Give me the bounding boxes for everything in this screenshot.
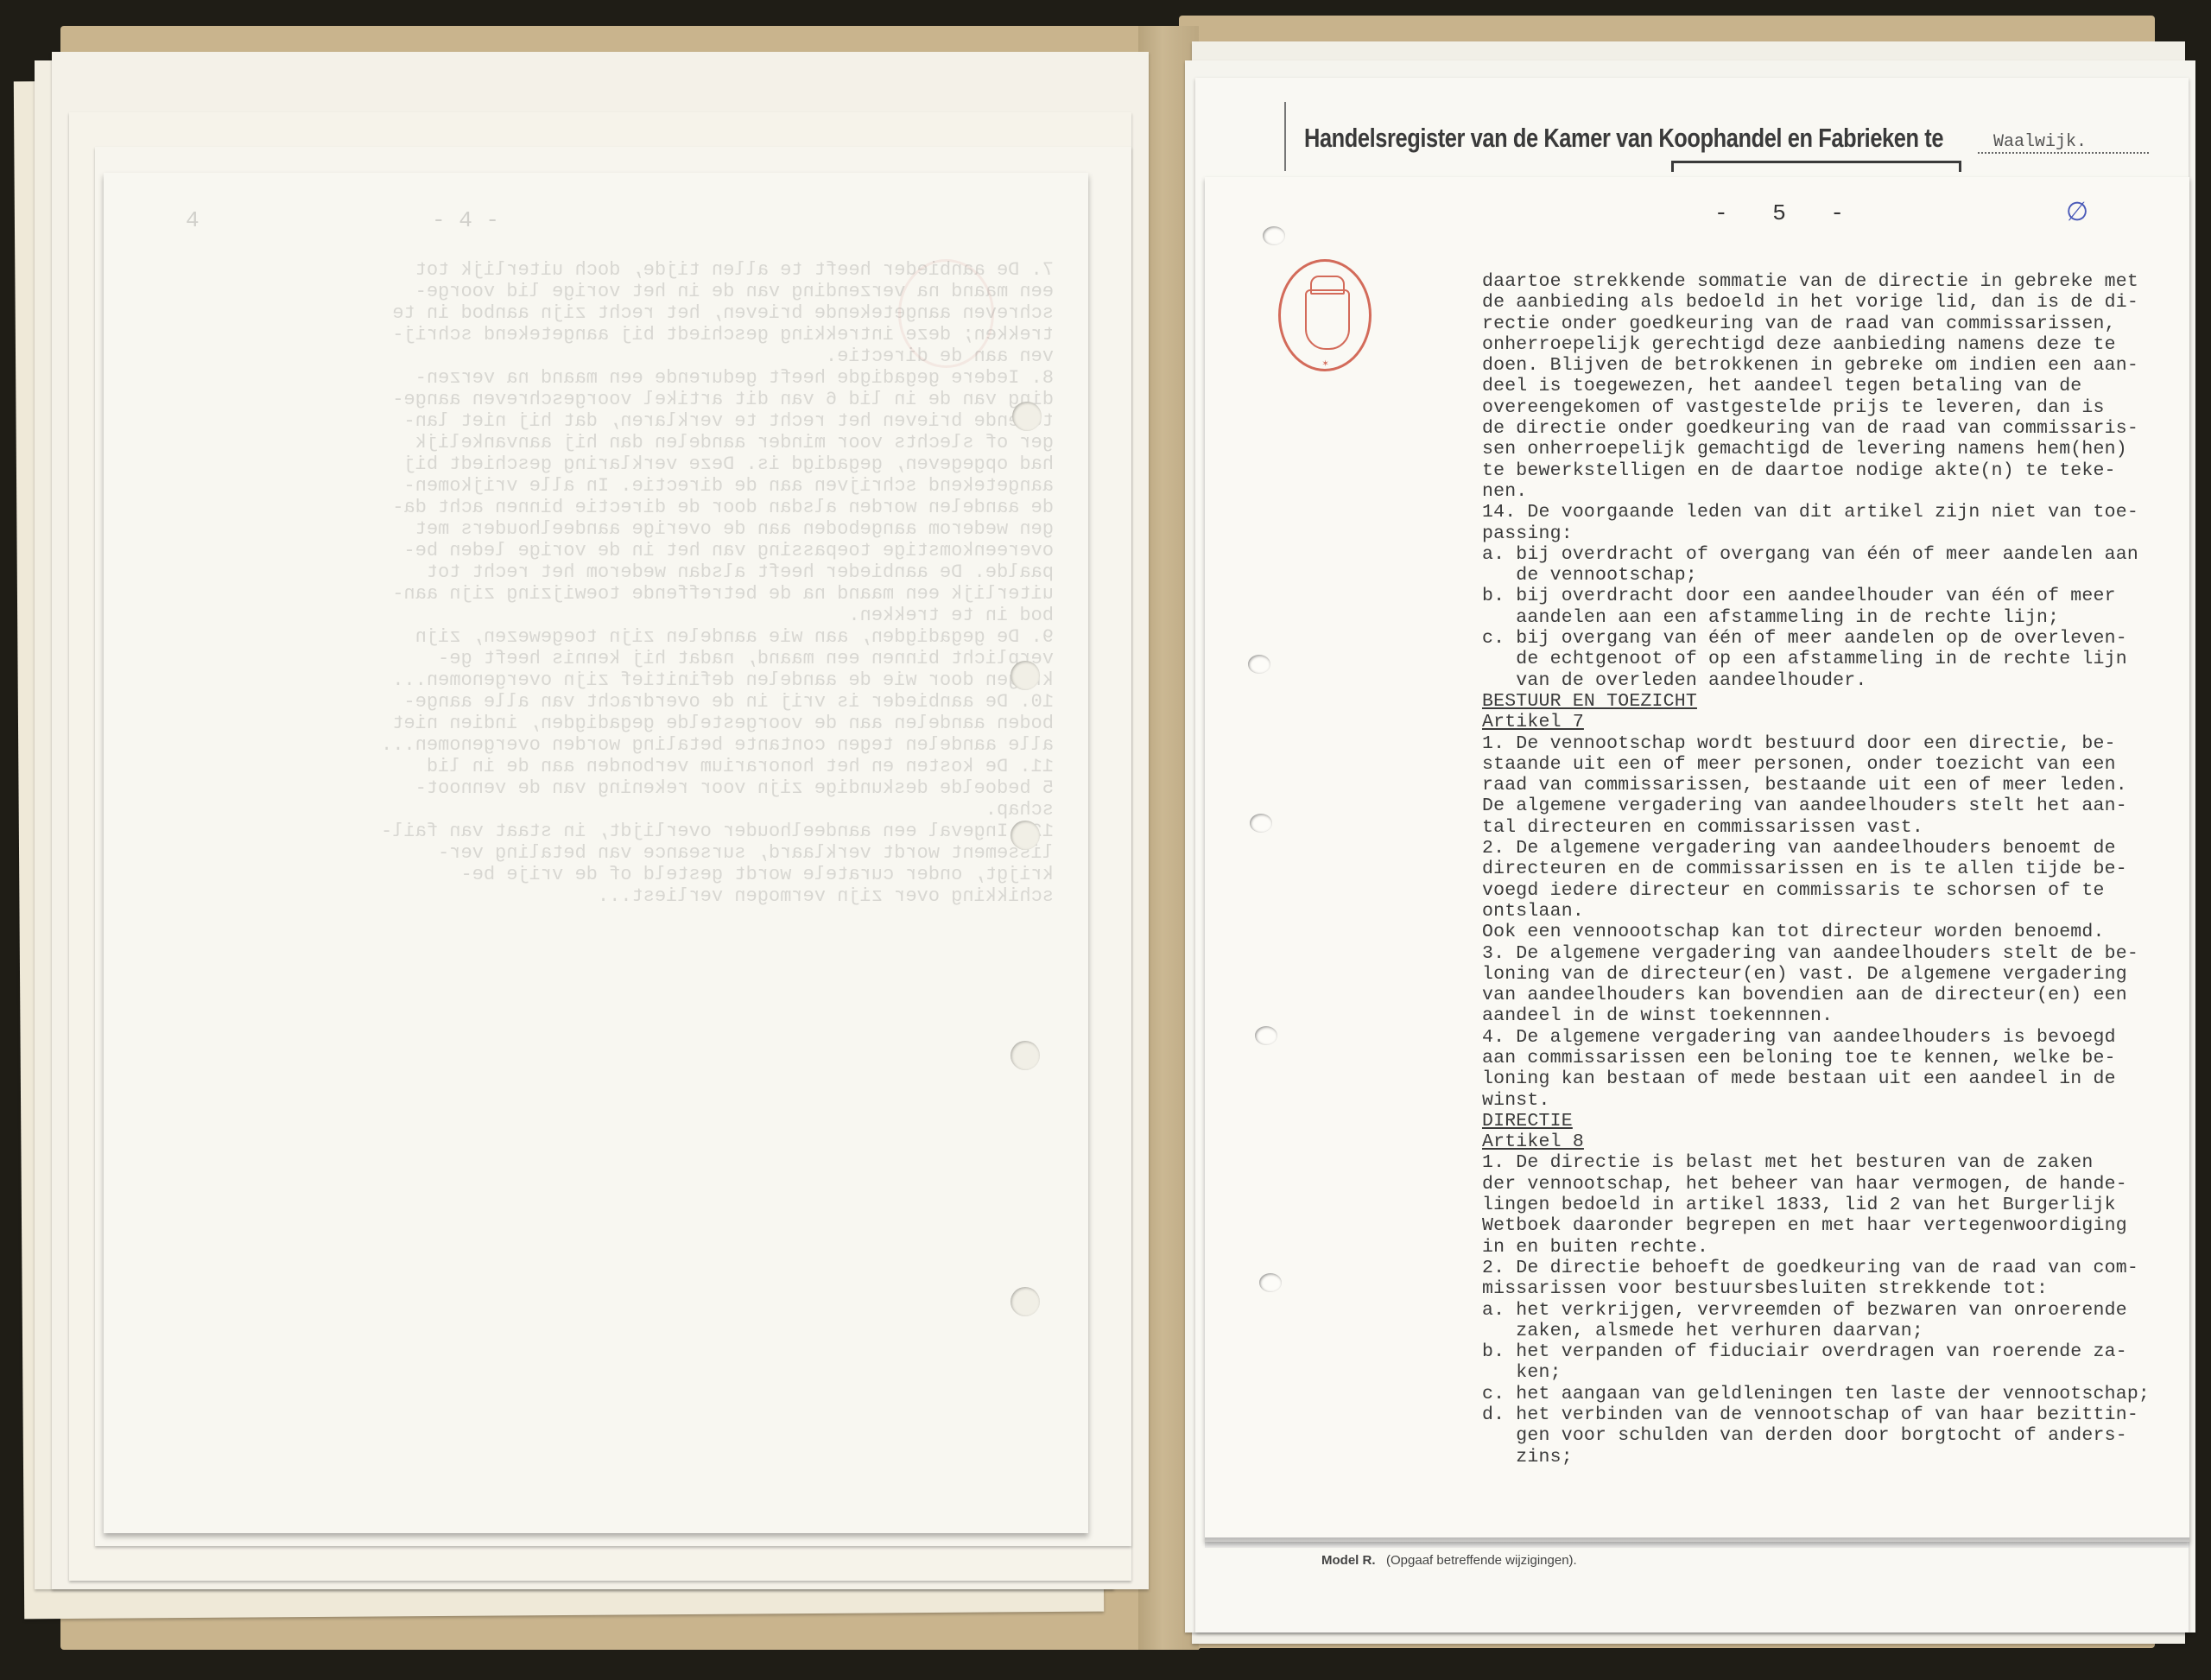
text-line: 3. De algemene vergadering van aandeelho… [1482, 943, 2199, 964]
text-line: van aandeelhouders kan bovendien aan de … [1482, 985, 2199, 1005]
notary-seal-icon: ✶ [1278, 259, 1372, 371]
text-line: staande uit een of meer personen, onder … [1482, 754, 2199, 775]
text-line: d. het verbinden van de vennootschap of … [1482, 1404, 2199, 1425]
text-line: a. bij overdracht of overgang van één of… [1482, 544, 2199, 565]
text-line: daartoe strekkende sommatie van de direc… [1482, 271, 2199, 292]
text-line: gen voor schulden van derden door borgto… [1482, 1425, 2199, 1446]
text-line: rectie onder goedkeuring van de raad van… [1482, 314, 2199, 334]
text-line: c. bij overgang van één of meer aandelen… [1482, 628, 2199, 649]
text-line: Wetboek daaronder begrepen en met haar v… [1482, 1215, 2199, 1236]
punch-hole [1248, 655, 1270, 674]
text-line: de vennootschap; [1482, 565, 2199, 586]
text-line: te bewerkstelligen en de daartoe nodige … [1482, 460, 2199, 481]
page-edge-shadow [1205, 1537, 2189, 1548]
text-line: directeuren en de commissarissen en is t… [1482, 859, 2199, 879]
text-line: 14. De voorgaande leden van dit artikel … [1482, 502, 2199, 523]
text-line: 4. De algemene vergadering van aandeelho… [1482, 1027, 2199, 1048]
punch-hole [1010, 1041, 1040, 1070]
seal-shield-icon [1305, 289, 1350, 350]
text-line: der vennootschap, het beheer van haar ve… [1482, 1174, 2199, 1195]
left-mark: 4 [186, 207, 200, 233]
form-header-title: Handelsregister van de Kamer van Koophan… [1304, 123, 1943, 154]
text-line: passing: [1482, 523, 2199, 544]
text-line: b. het verpanden of fiduciair overdragen… [1482, 1341, 2199, 1362]
show-through-text: 7. De aanbieder heeft te allen tijde, do… [155, 259, 1054, 907]
text-line: onherroepelijk gerechtigd deze aanbiedin… [1482, 334, 2199, 355]
text-line: lingen bedoeld in artikel 1833, lid 2 va… [1482, 1195, 2199, 1215]
text-line: missarissen voor bestuursbesluiten strek… [1482, 1278, 2199, 1299]
text-line: raad van commissarissen, bestaande uit e… [1482, 775, 2199, 796]
form-margin-line [1284, 102, 1286, 171]
text-line: van de overleden aandeelhouder. [1482, 670, 2199, 691]
form-model-label: Model R. [1321, 1553, 1376, 1568]
text-line: 1. De vennootschap wordt bestuurd door e… [1482, 733, 2199, 754]
text-line: ontslaan. [1482, 901, 2199, 922]
text-line: aandelen aan een afstammeling in de rech… [1482, 607, 2199, 628]
section-heading: Artikel 7 [1482, 712, 2199, 732]
left-page-reverse-side: 4 - 4 - 7. De aanbieder heeft te allen t… [104, 173, 1088, 1533]
text-line: tal directeuren en commissarissen vast. [1482, 817, 2199, 838]
text-line: voegd iedere directeur en commissaris te… [1482, 880, 2199, 901]
text-line: de aanbieding als bedoeld in het vorige … [1482, 292, 2199, 313]
text-line: zaken, alsmede het verhuren daarvan; [1482, 1321, 2199, 1341]
punch-hole [1010, 1287, 1040, 1316]
text-line: 2. De directie behoeft de goedkeuring va… [1482, 1258, 2199, 1278]
page-number: - 5 - [1714, 200, 1859, 226]
section-heading: BESTUUR EN TOEZICHT [1482, 691, 2199, 712]
typed-article-text: daartoe strekkende sommatie van de direc… [1482, 271, 2199, 1468]
text-line: 1. De directie is belast met het besture… [1482, 1152, 2199, 1173]
text-line: De algemene vergadering van aandeelhoude… [1482, 796, 2199, 816]
text-line: b. bij overdracht door een aandeelhouder… [1482, 586, 2199, 606]
punch-hole [1250, 814, 1272, 833]
text-line: ken; [1482, 1362, 2199, 1383]
text-line: aandeel in de winst toekennnen. [1482, 1005, 2199, 1026]
punch-hole [1259, 1273, 1282, 1292]
text-line: doen. Blijven de betrokkenen in gebreke … [1482, 355, 2199, 376]
seal-star-icon: ✶ [1322, 357, 1328, 370]
pencil-mark-icon: ∅ [2066, 197, 2088, 227]
section-heading: DIRECTIE [1482, 1111, 2199, 1132]
text-line: aan commissarissen een beloning toe te k… [1482, 1048, 2199, 1068]
text-line: winst. [1482, 1090, 2199, 1111]
text-line: loning kan bestaan of mede bestaan uit e… [1482, 1068, 2199, 1089]
text-line: overeengekomen of vastgestelde prijs te … [1482, 397, 2199, 418]
form-header-bracket [1671, 161, 1961, 172]
text-line: in en buiten rechte. [1482, 1237, 2199, 1258]
text-line: zins; [1482, 1447, 2199, 1468]
text-line: de directie onder goedkeuring van de raa… [1482, 418, 2199, 439]
text-line: de echtgenoot of op een afstammeling in … [1482, 649, 2199, 669]
text-line: sen onherroepelijk gemachtigd de leverin… [1482, 439, 2199, 460]
punch-hole [1255, 1026, 1277, 1045]
text-line: a. het verkrijgen, vervreemden of bezwar… [1482, 1300, 2199, 1321]
text-line: nen. [1482, 481, 2199, 502]
form-footer: Model R. (Opgaaf betreffende wijzigingen… [1321, 1553, 1577, 1568]
punch-hole [1263, 226, 1285, 245]
punch-hole [1012, 402, 1042, 431]
form-model-description: (Opgaaf betreffende wijzigingen). [1386, 1553, 1577, 1568]
text-line: loning van de directeur(en) vast. De alg… [1482, 964, 2199, 985]
text-line: Ook een vennoootschap kan tot directeur … [1482, 922, 2199, 942]
text-line: 2. De algemene vergadering van aandeelho… [1482, 838, 2199, 859]
punch-hole [1010, 661, 1040, 690]
form-header-place: Waalwijk. [1978, 132, 2149, 154]
text-line: c. het aangaan van geldleningen ten last… [1482, 1384, 2199, 1404]
punch-hole [1010, 821, 1040, 850]
section-heading: Artikel 8 [1482, 1132, 2199, 1152]
left-mark: - 4 - [432, 207, 499, 233]
text-line: deel is toegewezen, het aandeel tegen be… [1482, 376, 2199, 396]
